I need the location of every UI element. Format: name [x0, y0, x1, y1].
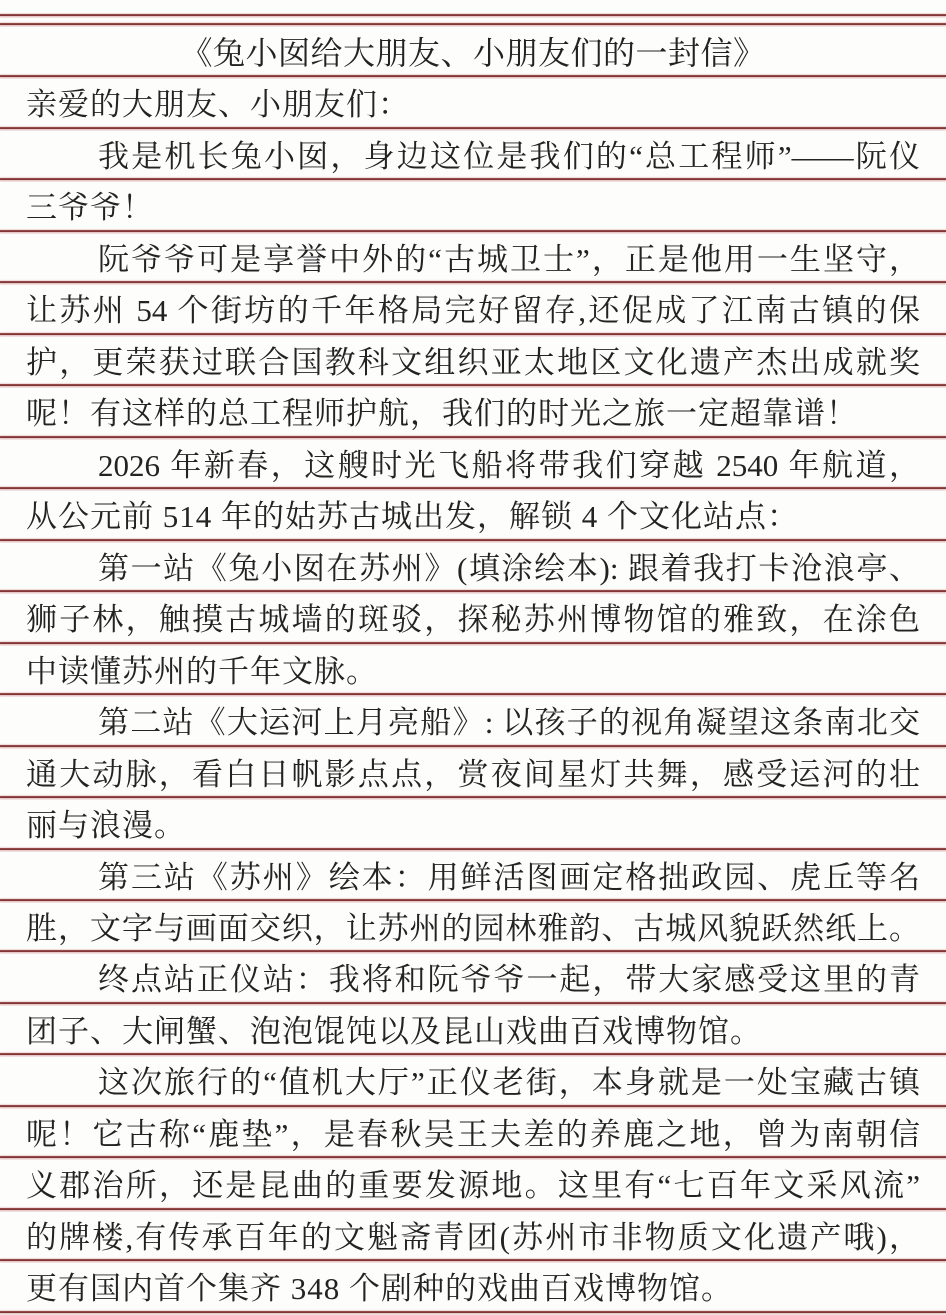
- letter-line: 胜，文字与画面交织，让苏州的园林雅韵、古城风貌跃然纸上。: [0, 900, 946, 951]
- letter-document: 《兔小囡给大朋友、小朋友们的一封信》 亲爱的大朋友、小朋友们： 我是机长兔小囡，…: [0, 0, 946, 1315]
- letter-line: 团子、大闸蟹、泡泡馄饨以及昆山戏曲百戏博物馆。: [0, 1003, 946, 1054]
- letter-line-text: 通大动脉，看白日帆影点点，赏夜间星灯共舞，感受运河的壮: [26, 749, 920, 801]
- letter-line: 亲爱的大朋友、小朋友们：: [0, 76, 946, 127]
- letter-line: 2026 年新春，这艘时光飞船将带我们穿越 2540 年航道，: [0, 437, 946, 488]
- letter-line-text: 终点站正仪站：我将和阮爷爷一起，带大家感受这里的青: [26, 954, 920, 1006]
- letter-title: 《兔小囡给大朋友、小朋友们的一封信》: [0, 25, 946, 76]
- letter-line: 护，更荣获过联合国教科文组织亚太地区文化遗产杰出成就奖: [0, 334, 946, 385]
- letter-line-text: 阮爷爷可是享誉中外的“古城卫士”，正是他用一生坚守，: [26, 234, 920, 286]
- letter-line: 更有国内首个集齐 348 个剧种的戏曲百戏博物馆。: [0, 1260, 946, 1311]
- letter-line: 中读懂苏州的千年文脉。: [0, 643, 946, 694]
- letter-line-text: 更有国内首个集齐 348 个剧种的戏曲百戏博物馆。: [26, 1263, 920, 1315]
- letter-line-text: 胜，文字与画面交织，让苏州的园林雅韵、古城风貌跃然纸上。: [26, 903, 920, 955]
- letter-line-text: 狮子林，触摸古城墙的斑驳，探秘苏州博物馆的雅致，在涂色: [26, 594, 920, 646]
- letter-line: 终点站正仪站：我将和阮爷爷一起，带大家感受这里的青: [0, 951, 946, 1002]
- letter-line: 让苏州 54 个街坊的千年格局完好留存,还促成了江南古镇的保: [0, 282, 946, 333]
- letter-body: 《兔小囡给大朋友、小朋友们的一封信》 亲爱的大朋友、小朋友们： 我是机长兔小囡，…: [0, 25, 946, 1312]
- letter-line: 呢！有这样的总工程师护航，我们的时光之旅一定超靠谱！: [0, 385, 946, 436]
- letter-line: 第二站《大运河上月亮船》: 以孩子的视角凝望这条南北交: [0, 694, 946, 745]
- letter-line-text: 我是机长兔小囡，身边这位是我们的“总工程师”——阮仪: [26, 131, 920, 183]
- letter-line: 这次旅行的“值机大厅”正仪老街，本身就是一处宝藏古镇: [0, 1054, 946, 1105]
- letter-line-text: 三爷爷！: [26, 182, 920, 234]
- letter-line-text: 中读懂苏州的千年文脉。: [26, 646, 920, 698]
- letter-line-text: 第三站《苏州》绘本：用鲜活图画定格拙政园、虎丘等名: [26, 852, 920, 904]
- letter-line: 的牌楼,有传承百年的文魁斋青团(苏州市非物质文化遗产哦)，: [0, 1209, 946, 1260]
- letter-line-text: 团子、大闸蟹、泡泡馄饨以及昆山戏曲百戏博物馆。: [26, 1006, 920, 1058]
- letter-line: 通大动脉，看白日帆影点点，赏夜间星灯共舞，感受运河的壮: [0, 746, 946, 797]
- letter-line-text: 亲爱的大朋友、小朋友们：: [26, 79, 920, 131]
- letter-line-text: 的牌楼,有传承百年的文魁斋青团(苏州市非物质文化遗产哦)，: [26, 1212, 920, 1264]
- letter-line-text: 丽与浪漫。: [26, 800, 920, 852]
- letter-line-text: 义郡治所，还是昆曲的重要发源地。这里有“七百年文采风流”: [26, 1160, 920, 1212]
- letter-line-text: 护，更荣获过联合国教科文组织亚太地区文化遗产杰出成就奖: [26, 337, 920, 389]
- letter-line-text: 呢！有这样的总工程师护航，我们的时光之旅一定超靠谱！: [26, 388, 920, 440]
- letter-line-text: 第二站《大运河上月亮船》: 以孩子的视角凝望这条南北交: [26, 697, 920, 749]
- letter-line-text: 2026 年新春，这艘时光飞船将带我们穿越 2540 年航道，: [26, 440, 920, 492]
- letter-line-text: 这次旅行的“值机大厅”正仪老街，本身就是一处宝藏古镇: [26, 1057, 920, 1109]
- letter-line: 阮爷爷可是享誉中外的“古城卫士”，正是他用一生坚守，: [0, 231, 946, 282]
- letter-line-text: 从公元前 514 年的姑苏古城出发，解锁 4 个文化站点：: [26, 491, 920, 543]
- letter-line: 第一站《兔小囡在苏州》(填涂绘本): 跟着我打卡沧浪亭、: [0, 540, 946, 591]
- letter-line: 呢！它古称“鹿垫”，是春秋吴王夫差的养鹿之地，曾为南朝信: [0, 1106, 946, 1157]
- letter-line-text: 呢！它古称“鹿垫”，是春秋吴王夫差的养鹿之地，曾为南朝信: [26, 1109, 920, 1161]
- ruled-line-top: [0, 14, 946, 16]
- letter-line: 我是机长兔小囡，身边这位是我们的“总工程师”——阮仪: [0, 128, 946, 179]
- letter-line: 从公元前 514 年的姑苏古城出发，解锁 4 个文化站点：: [0, 488, 946, 539]
- letter-line: 第三站《苏州》绘本：用鲜活图画定格拙政园、虎丘等名: [0, 849, 946, 900]
- letter-line: 丽与浪漫。: [0, 797, 946, 848]
- letter-line: 三爷爷！: [0, 179, 946, 230]
- letter-line: 狮子林，触摸古城墙的斑驳，探秘苏州博物馆的雅致，在涂色: [0, 591, 946, 642]
- letter-title-text: 《兔小囡给大朋友、小朋友们的一封信》: [26, 28, 920, 80]
- letter-line: 义郡治所，还是昆曲的重要发源地。这里有“七百年文采风流”: [0, 1157, 946, 1208]
- letter-line-text: 第一站《兔小囡在苏州》(填涂绘本): 跟着我打卡沧浪亭、: [26, 543, 920, 595]
- letter-line-text: 让苏州 54 个街坊的千年格局完好留存,还促成了江南古镇的保: [26, 285, 920, 337]
